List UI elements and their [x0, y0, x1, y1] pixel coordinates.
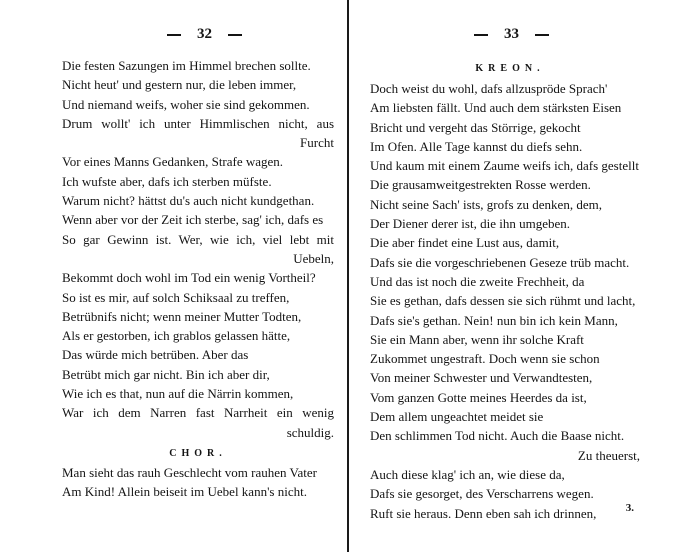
verse-lines-left: Die festen Sazungen im Himmel brechen so…: [62, 56, 334, 502]
verse-runover: Zu theuerst,: [370, 446, 640, 465]
verse-line: Bricht und vergeht das Störrige, gekocht: [370, 118, 640, 137]
book-spread: 32 Die festen Sazungen im Himmel brechen…: [0, 0, 698, 552]
verse-line: So gar Gewinn ist. Wer, wie ich, viel le…: [62, 230, 334, 249]
em-dash-decoration: [167, 34, 181, 36]
verse-runover: schuldig.: [62, 423, 334, 442]
verse-line: Betrübnifs nicht; wenn meiner Mutter Tod…: [62, 307, 334, 326]
verse-line: Betrübt mich gar nicht. Bin ich aber dir…: [62, 365, 334, 384]
verse-line: Nicht heut' und gestern nur, die leben i…: [62, 75, 334, 94]
verse-line: Das würde mich betrüben. Aber das: [62, 345, 334, 364]
verse-line: Und niemand weifs, woher sie sind gekomm…: [62, 95, 334, 114]
verse-runover: Furcht: [62, 133, 334, 152]
verse-line: Dafs sie's gethan. Nein! nun bin ich kei…: [370, 311, 640, 330]
verse-line: Dafs sie die vorgeschriebenen Geseze trü…: [370, 253, 640, 272]
verse-line: Wenn aber vor der Zeit ich sterbe, sag' …: [62, 210, 334, 229]
verse-line: Ruft sie heraus. Denn eben sah ich drinn…: [370, 504, 640, 523]
left-page: 32 Die festen Sazungen im Himmel brechen…: [0, 0, 347, 552]
verse-runover: Uebeln,: [62, 249, 334, 268]
verse-line: Und das ist noch die zweite Frechheit, d…: [370, 272, 640, 291]
verse-line: Der Diener derer ist, die ihn umgeben.: [370, 214, 640, 233]
page-number-right: 33: [458, 26, 565, 43]
verse-line: Drum wollt' ich unter Himmlischen nicht,…: [62, 114, 334, 133]
verse-line: Am liebsten fällt. Und auch dem stärkste…: [370, 98, 640, 117]
verse-line: Von meiner Schwester und Verwandtesten,: [370, 368, 640, 387]
verse-line: Zukommet ungestraft. Doch wenn sie schon: [370, 349, 640, 368]
verse-line: Im Ofen. Alle Tage kannst du diefs sehn.: [370, 137, 640, 156]
verse-line: Den schlimmen Tod nicht. Auch die Baase …: [370, 426, 640, 445]
speaker-heading: KREON.: [370, 63, 640, 79]
verse-line: Vor eines Manns Gedanken, Strafe wagen.: [62, 152, 334, 171]
verse-line: Ich wufste aber, dafs ich sterben müfste…: [62, 172, 334, 191]
right-page: 33 KREON.Doch weist du wohl, dafs allzus…: [349, 0, 698, 552]
speaker-heading: CHOR.: [62, 442, 334, 463]
signature-mark: 3.: [626, 502, 634, 514]
verse-line: Die grausamweitgestrekten Rosse werden.: [370, 175, 640, 194]
verse-line: Sie es gethan, dafs dessen sie sich rühm…: [370, 291, 640, 310]
verse-line: Und kaum mit einem Zaume weifs ich, dafs…: [370, 156, 640, 175]
verse-line: Wie ich es that, nun auf die Närrin komm…: [62, 384, 334, 403]
em-dash-decoration: [535, 34, 549, 36]
em-dash-decoration: [228, 34, 242, 36]
verse-line: Die aber findet eine Lust aus, damit,: [370, 233, 640, 252]
verse-line: Vom ganzen Gotte meines Heerdes da ist,: [370, 388, 640, 407]
verse-line: Nicht seine Sach' ists, grofs zu denken,…: [370, 195, 640, 214]
verse-line: Auch diese klag' ich an, wie diese da,: [370, 465, 640, 484]
verse-line: Man sieht das rauh Geschlecht vom rauhen…: [62, 463, 334, 482]
verse-line: Als er gestorben, ich grablos gelassen h…: [62, 326, 334, 345]
verse-line: Doch weist du wohl, dafs allzuspröde Spr…: [370, 79, 640, 98]
em-dash-decoration: [474, 34, 488, 36]
verse-line: Warum nicht? hättst du's auch nicht kund…: [62, 191, 334, 210]
verse-line: Dem allem ungeachtet meidet sie: [370, 407, 640, 426]
verse-line: So ist es mir, auf solch Schiksaal zu tr…: [62, 288, 334, 307]
verse-line: Die festen Sazungen im Himmel brechen so…: [62, 56, 334, 75]
verse-line: Sie ein Mann aber, wenn ihr solche Kraft: [370, 330, 640, 349]
verse-line: Bekommt doch wohl im Tod ein wenig Vorth…: [62, 268, 334, 287]
page-number-left: 32: [151, 26, 258, 43]
verse-line: Dafs sie gesorget, des Verscharrens wege…: [370, 484, 640, 503]
verse-lines-right: KREON.Doch weist du wohl, dafs allzusprö…: [370, 63, 640, 523]
verse-line: War ich dem Narren fast Narrheit ein wen…: [62, 403, 334, 422]
verse-line: Am Kind! Allein beiseit im Uebel kann's …: [62, 482, 334, 501]
